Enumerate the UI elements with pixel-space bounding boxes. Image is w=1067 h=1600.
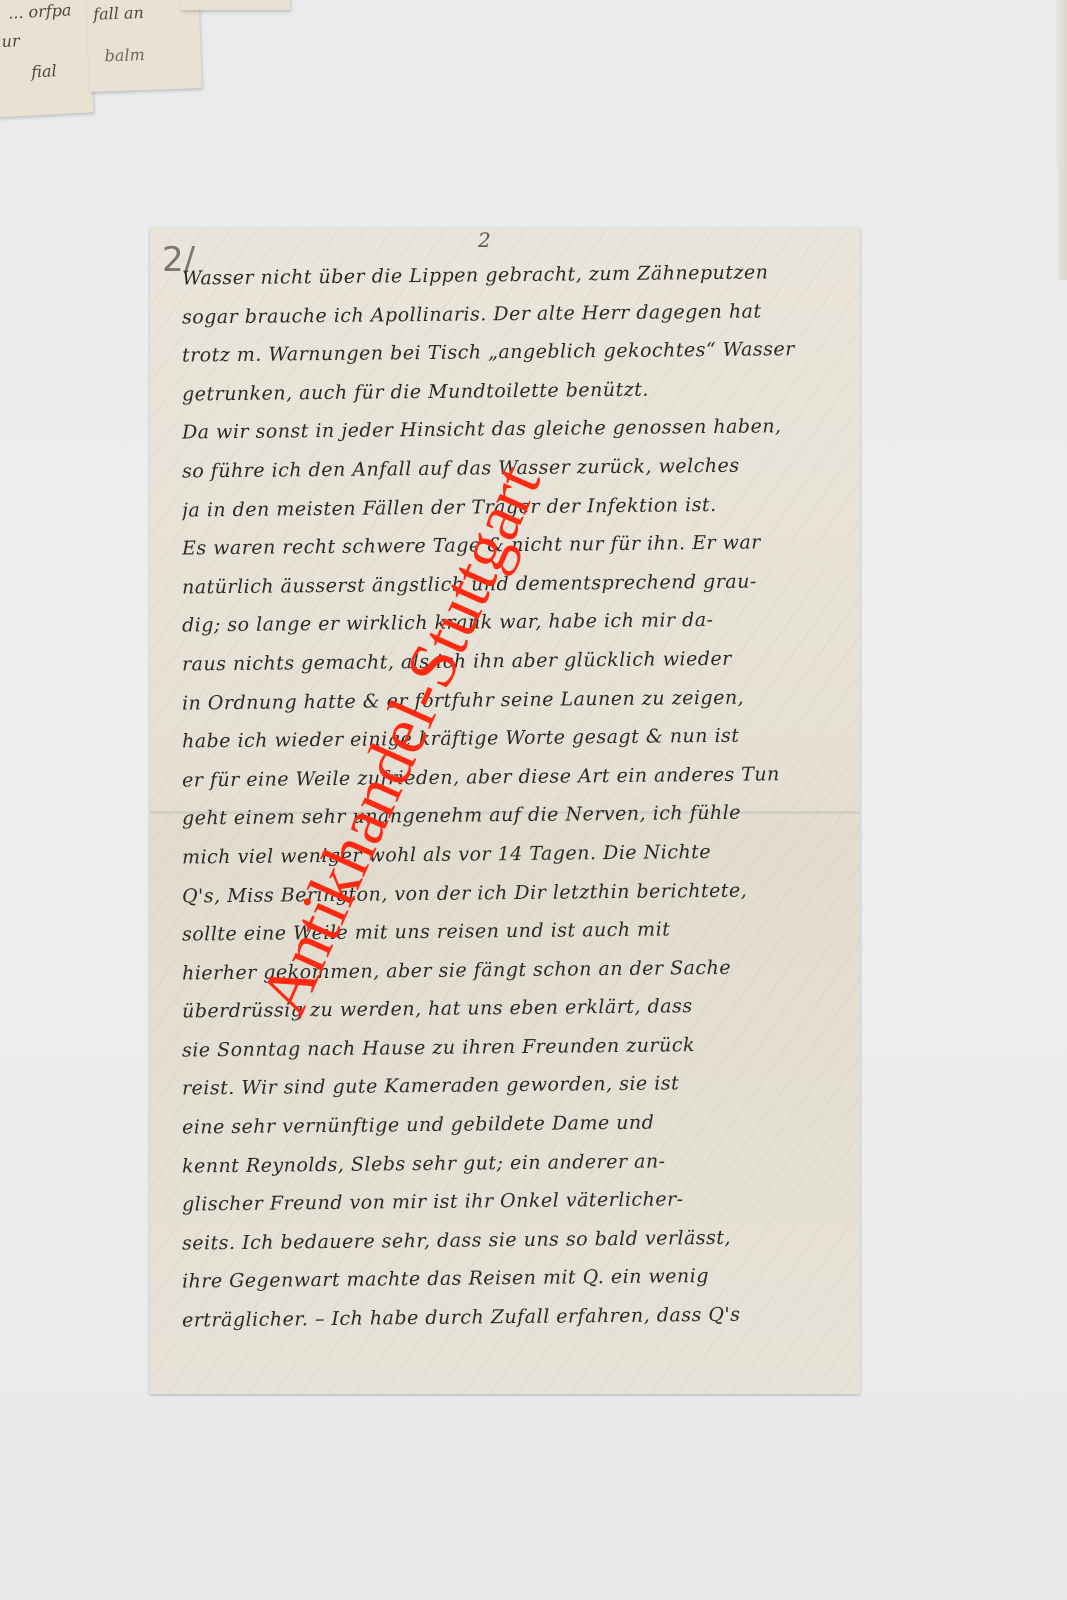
letter-scrap-top — [180, 0, 290, 10]
text-line: glischer Freund von mir ist ihr Onkel vä… — [182, 1179, 854, 1225]
letter-scrap-middle: fall an balm — [86, 0, 202, 92]
text-line: Wasser nicht über die Lippen gebracht, z… — [182, 252, 854, 298]
handwritten-text: Wasser nicht über die Lippen gebracht, z… — [182, 256, 854, 1337]
text-line: mich viel weniger wohl als vor 14 Tagen.… — [182, 831, 854, 877]
paper-edge-right — [1057, 0, 1067, 280]
handwritten-letter-page: 2/ 2 Wasser nicht über die Lippen gebrac… — [150, 228, 860, 1394]
text-line: raus nichts gemacht, als ich ihn aber gl… — [182, 638, 854, 684]
scrap-text: balm — [104, 45, 145, 65]
text-line: habe ich wieder einige kräftige Worte ge… — [182, 716, 854, 762]
letter-scrap-left: ... orfpa ur fial — [0, 0, 93, 118]
scrap-text: ... orfpa — [8, 0, 72, 22]
page-number: 2 — [478, 228, 491, 252]
scrap-text: fall an — [93, 3, 144, 24]
text-line: erträglicher. – Ich habe durch Zufall er… — [182, 1295, 854, 1341]
text-line: trotz m. Warnungen bei Tisch „angeblich … — [182, 330, 854, 376]
scrap-text: ur — [1, 31, 20, 51]
text-line: eine sehr vernünftige und gebildete Dame… — [182, 1102, 854, 1148]
scrap-text: fial — [31, 61, 57, 81]
